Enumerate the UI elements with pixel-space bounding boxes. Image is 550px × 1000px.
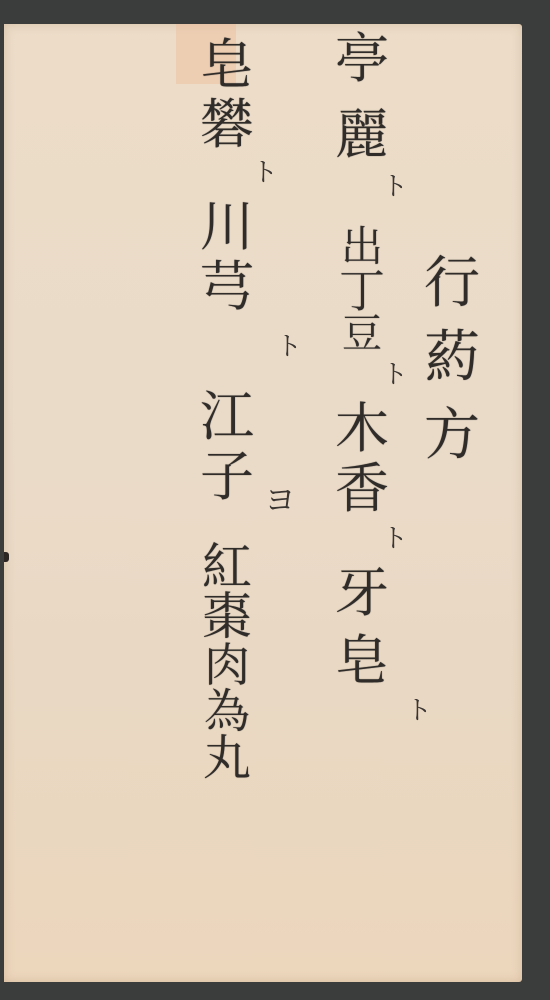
ingredient-char: 香 [335,462,389,516]
ingredient-char: 芎 [200,260,254,314]
ingredient-char: 麗 [335,108,389,162]
title-char: 葯 [424,330,480,386]
quantity-mark: ト [252,160,278,186]
ingredient-char: 肉 [204,642,250,688]
ingredient-char: 皂 [335,634,389,688]
ingredient-char: 豆 [342,314,382,354]
ingredient-entry: 紅 棗 肉 為 丸 [182,542,272,782]
ingredient-char: 丸 [203,734,251,782]
title-char: 方 [424,408,480,464]
quantity-mark: ト [276,334,302,360]
ingredient-entry: 川 芎 ト [182,200,272,360]
manuscript-page: 行 葯 方 亭 麗 ト 出 丁 豆 ト 木 香 ト 牙 皂 ト 皂 礬 [4,24,522,982]
ingredient-char: 為 [204,688,250,734]
title-column: 行 葯 方 [424,256,480,464]
ingredient-char: 丁 [339,268,385,314]
ingredient-char: 棗 [202,592,252,642]
quantity-mark: ト [382,526,408,552]
ingredient-char: 牙 [335,566,389,620]
ingredient-char: 子 [200,450,254,504]
ingredient-char: 出 [341,226,383,268]
title-char: 行 [424,256,480,312]
ingredient-entry: 木 香 ト [322,402,402,552]
ingredient-entry: 出 丁 豆 ト [322,226,402,388]
ingredient-entry: 江 子 ヨ [182,390,272,516]
quantity-mark: ト [406,698,432,724]
quantity-mark: ト [382,174,408,200]
binding-mark [4,552,9,562]
quantity-mark: ト [382,362,408,388]
ingredient-char: 紅 [202,542,252,592]
ingredient-entry: 牙 皂 ト [322,566,402,724]
ingredient-char: 礬 [200,98,254,152]
ingredient-column-2: 皂 礬 ト 川 芎 ト 江 子 ヨ 紅 棗 肉 為 丸 [182,38,272,782]
ingredient-char: 川 [200,200,254,254]
ingredient-entry: 亭 麗 ト [322,32,402,200]
quantity-mark: ヨ [264,484,296,516]
ingredient-char: 亭 [335,32,389,86]
ingredient-entry: 皂 礬 ト [182,38,272,186]
ingredient-char: 江 [200,390,254,444]
ingredient-char: 木 [335,402,389,456]
ingredient-column-1: 亭 麗 ト 出 丁 豆 ト 木 香 ト 牙 皂 ト [322,32,402,724]
ingredient-char: 皂 [200,38,254,92]
